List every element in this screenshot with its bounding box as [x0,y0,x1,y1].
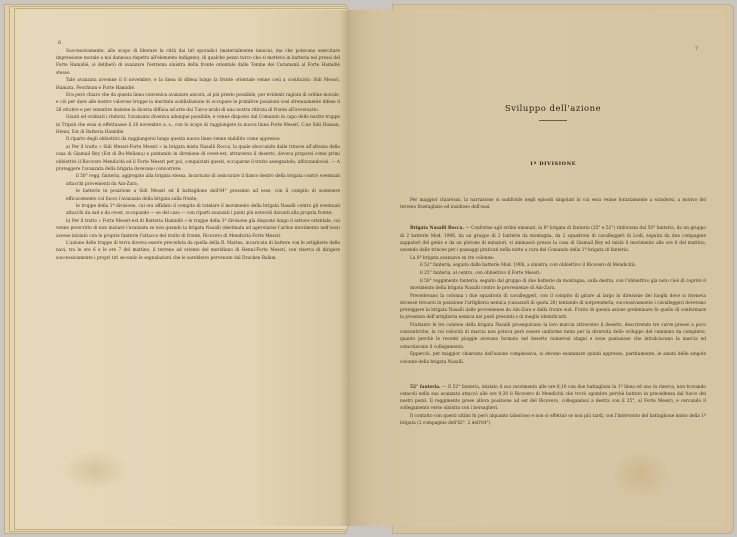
paragraph: Precedevano la colonna i due squadroni d… [400,293,706,322]
paragraph: La 6ª brigata avanzava su tre colonne: [400,255,706,262]
paragraph: Successivamente, allo scopo di liberare … [56,48,340,77]
paragraph: le truppe della 1ª divisione, cui era af… [56,203,340,217]
paragraph: Per maggior chiarezza, la narrazione si … [400,197,706,211]
paragraph: le batterie in posizione a Sidi Messri e… [56,188,340,202]
page-number: 6 [58,40,61,46]
paragraph: Giunti ed ordinati i rinforzi, l'avanzat… [56,114,340,136]
paragraph: 52° fanteria. — Il 52° fanteria, iniziat… [400,384,706,413]
left-page-text: Successivamente, allo scopo di liberare … [56,48,340,262]
paragraph: Era però chiaro che da questa linea conv… [56,92,340,114]
paragraph: a) Per il tratto « Sidi Messri-Forte Mes… [56,144,340,173]
paragraph: b) Per il tratto « Forte Messri-est di B… [56,218,340,240]
chapter-title: Sviluppo dell'azione [400,104,706,114]
list-item: il 25° fanteria, al centro, con obbietti… [400,270,706,277]
brigata-heading: Brigata Nasalli Rocca. [410,226,464,231]
title-divider [539,120,567,121]
paragraph: Tale avanzata avvenne il 6 novembre, e l… [56,77,340,91]
list-item: il 52° fanteria, seguito dalle batterie … [400,262,706,269]
paragraph: L'azione delle truppe di terra doveva es… [56,240,340,262]
fanteria-heading: 52° fanteria. [410,385,441,390]
paragraph: Frattanto le tre colonne della brigata N… [400,322,706,351]
paragraph-text: — Il 52° fanteria, iniziato il suo movim… [400,385,706,412]
paragraph: il 50° regg. fanteria, aggregato alla br… [56,173,340,187]
paragraph: Epperciò, per maggior chiarezza dell'azi… [400,351,706,365]
section-heading: 1ª DIVISIONE [400,161,706,167]
right-page-text: Per maggior chiarezza, la narrazione si … [400,197,706,427]
book-spread: 6 Successivamente, allo scopo di liberar… [0,0,737,537]
paper-stain [60,450,130,490]
page-number: 7 [695,46,698,52]
paragraph: Il riparto degli obbiettivi da raggiunge… [56,136,340,143]
paragraph: Il contatto con questi ultimi fu però al… [400,413,706,427]
paragraph: Brigata Nasalli Rocca. — Conforme agli o… [400,225,706,254]
right-page: 7 Sviluppo dell'azione 1ª DIVISIONE Per … [350,10,726,526]
list-item: il 50° reggimento fanteria, seguito dal … [400,278,706,292]
paper-stain [610,450,670,500]
left-page: 6 Successivamente, allo scopo di liberar… [20,10,350,526]
